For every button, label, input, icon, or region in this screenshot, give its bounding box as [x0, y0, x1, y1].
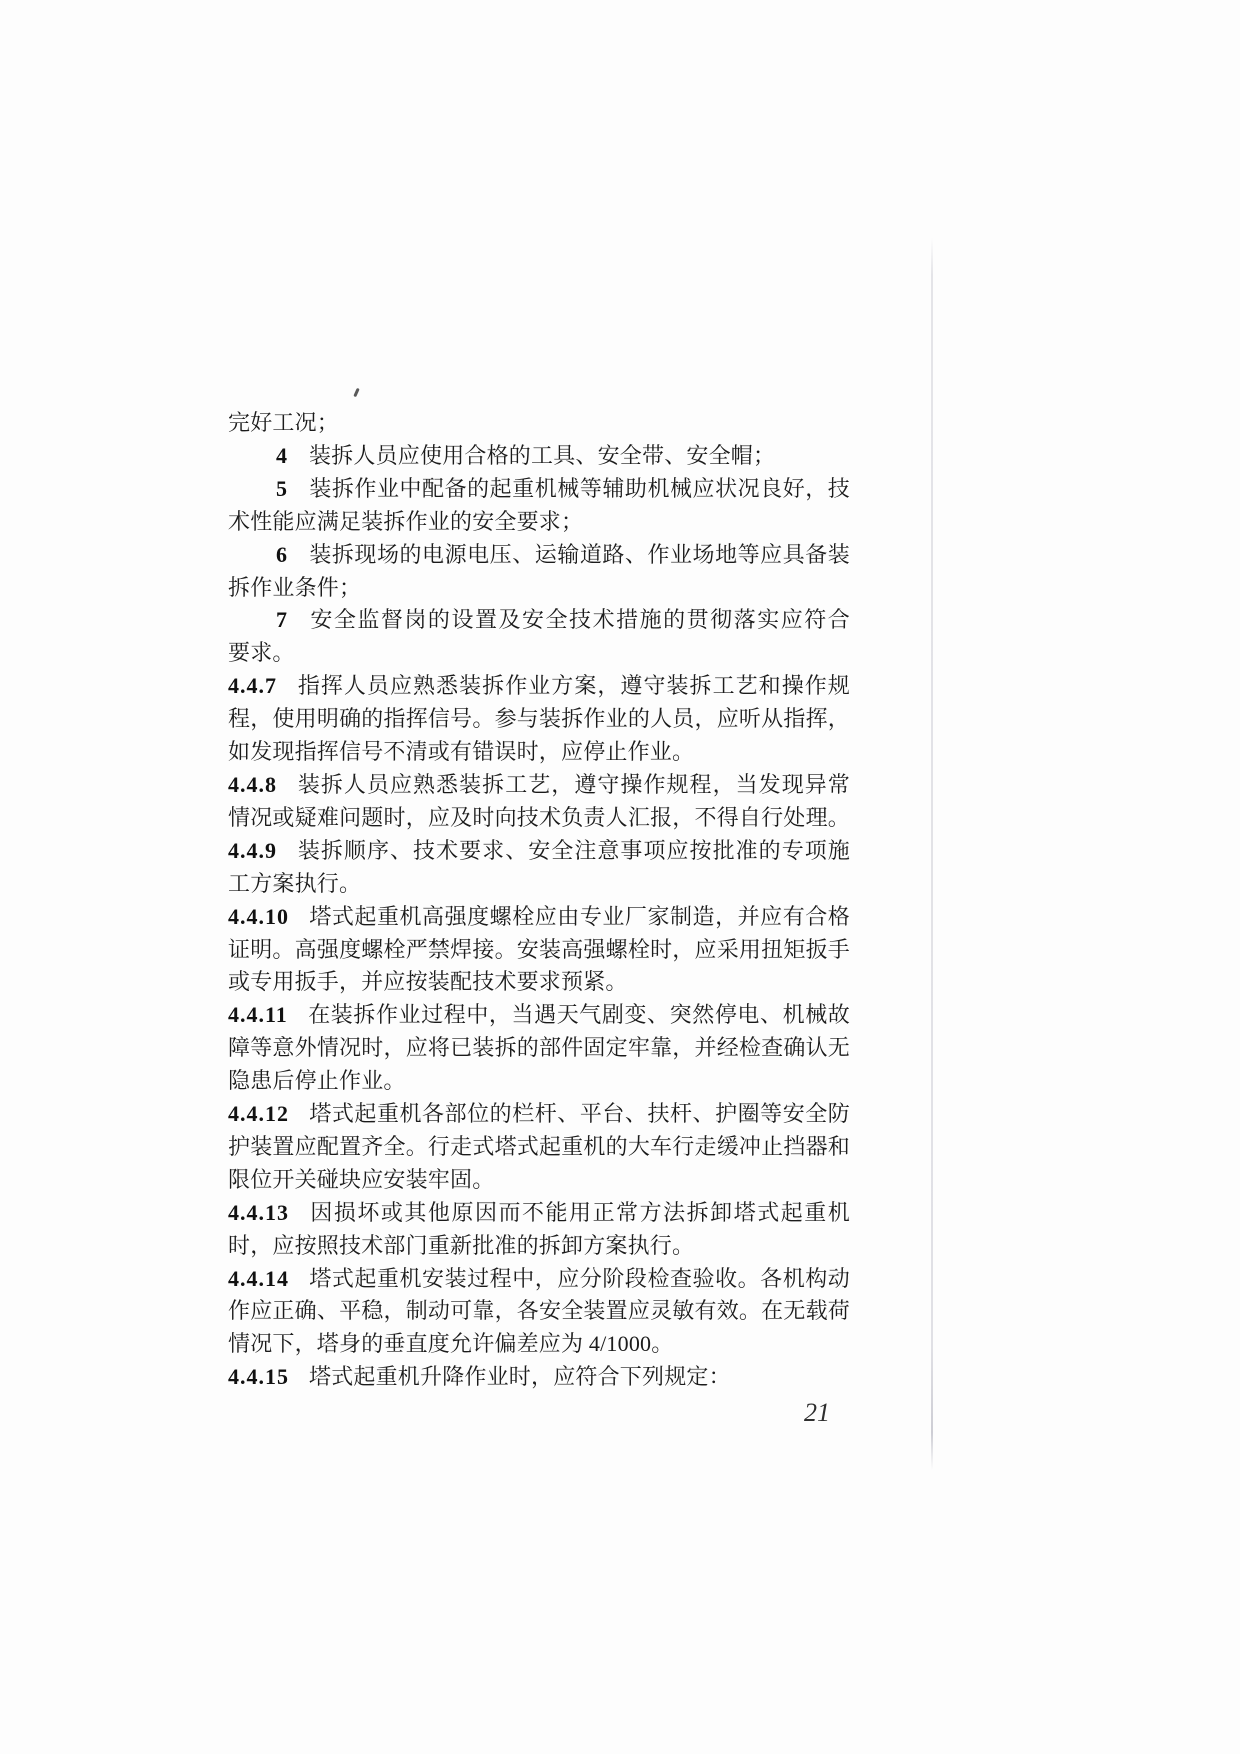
- text-line: 限位开关碰块应安装牢固。: [228, 1164, 850, 1197]
- line-text: 完好工况；: [228, 410, 339, 435]
- text-line: 4.4.12塔式起重机各部位的栏杆、平台、扶杆、护圈等安全防: [228, 1098, 850, 1131]
- line-text: 塔式起重机升降作业时，应符合下列规定：: [309, 1364, 731, 1389]
- line-text: 情况下，塔身的垂直度允许偏差应为 4/1000。: [228, 1331, 673, 1356]
- line-text: 护装置应配置齐全。行走式塔式起重机的大车行走缓冲止挡器和: [228, 1134, 850, 1159]
- clause-number: 4.4.12: [228, 1101, 289, 1126]
- line-text: 情况或疑难问题时，应及时向技术负责人汇报，不得自行处理。: [228, 805, 850, 830]
- line-text: 指挥人员应熟悉装拆作业方案，遵守装拆工艺和操作规: [297, 673, 850, 698]
- line-text: 如发现指挥信号不清或有错误时，应停止作业。: [228, 739, 694, 764]
- clause-number: 4.4.8: [228, 772, 277, 797]
- line-text: 装拆顺序、技术要求、安全注意事项应按批准的专项施: [297, 838, 850, 863]
- text-line: 情况下，塔身的垂直度允许偏差应为 4/1000。: [228, 1328, 850, 1361]
- clause-number: 4.4.9: [228, 838, 277, 863]
- clause-number: 4.4.11: [228, 1002, 288, 1027]
- line-text: 程，使用明确的指挥信号。参与装拆作业的人员，应听从指挥，: [228, 706, 850, 731]
- text-line: 情况或疑难问题时，应及时向技术负责人汇报，不得自行处理。: [228, 802, 850, 835]
- text-line: 或专用扳手，并应按装配技术要求预紧。: [228, 966, 850, 999]
- item-number: 4: [276, 443, 287, 468]
- line-text: 装拆现场的电源电压、运输道路、作业场地等应具备装: [309, 542, 850, 567]
- page-number: 21: [804, 1398, 830, 1428]
- text-line: 4.4.9装拆顺序、技术要求、安全注意事项应按批准的专项施: [228, 835, 850, 868]
- text-line: 4装拆人员应使用合格的工具、安全带、安全帽；: [228, 440, 850, 473]
- line-text: 装拆人员应使用合格的工具、安全带、安全帽；: [309, 443, 775, 468]
- text-line: 要求。: [228, 637, 850, 670]
- line-text: 作应正确、平稳，制动可靠，各安全装置应灵敏有效。在无载荷: [228, 1298, 850, 1323]
- line-text: 限位开关碰块应安装牢固。: [228, 1167, 494, 1192]
- text-line: 6装拆现场的电源电压、运输道路、作业场地等应具备装: [228, 539, 850, 572]
- document-page: 完好工况；4装拆人员应使用合格的工具、安全带、安全帽；5装拆作业中配备的起重机械…: [0, 0, 1240, 1754]
- text-line: 完好工况；: [228, 407, 850, 440]
- text-line: 4.4.13因损坏或其他原因而不能用正常方法拆卸塔式起重机: [228, 1197, 850, 1230]
- line-text: 时，应按照技术部门重新批准的拆卸方案执行。: [228, 1233, 694, 1258]
- line-text: 安全监督岗的设置及安全技术措施的贯彻落实应符合: [309, 607, 850, 632]
- text-line: 护装置应配置齐全。行走式塔式起重机的大车行走缓冲止挡器和: [228, 1131, 850, 1164]
- line-text: 工方案执行。: [228, 871, 361, 896]
- line-text: 术性能应满足装拆作业的安全要求；: [228, 509, 583, 534]
- text-line: 程，使用明确的指挥信号。参与装拆作业的人员，应听从指挥，: [228, 703, 850, 736]
- text-line: 4.4.7指挥人员应熟悉装拆作业方案，遵守装拆工艺和操作规: [228, 670, 850, 703]
- item-number: 5: [276, 476, 287, 501]
- text-line: 4.4.14塔式起重机安装过程中，应分阶段检查验收。各机构动: [228, 1263, 850, 1296]
- text-line: 拆作业条件；: [228, 572, 850, 605]
- line-text: 装拆人员应熟悉装拆工艺，遵守操作规程，当发现异常: [297, 772, 850, 797]
- item-number: 7: [276, 607, 287, 632]
- text-line: 障等意外情况时，应将已装拆的部件固定牢靠，并经检查确认无: [228, 1032, 850, 1065]
- line-text: 障等意外情况时，应将已装拆的部件固定牢靠，并经检查确认无: [228, 1035, 850, 1060]
- text-line: 作应正确、平稳，制动可靠，各安全装置应灵敏有效。在无载荷: [228, 1295, 850, 1328]
- line-text: 证明。高强度螺栓严禁焊接。安装高强螺栓时，应采用扭矩扳手: [228, 937, 850, 962]
- text-line: 术性能应满足装拆作业的安全要求；: [228, 506, 850, 539]
- text-line: 时，应按照技术部门重新批准的拆卸方案执行。: [228, 1230, 850, 1263]
- line-text: 因损坏或其他原因而不能用正常方法拆卸塔式起重机: [309, 1200, 850, 1225]
- line-text: 或专用扳手，并应按装配技术要求预紧。: [228, 969, 628, 994]
- scan-speck-mark: [353, 388, 359, 397]
- line-text: 塔式起重机高强度螺栓应由专业厂家制造，并应有合格: [309, 904, 850, 929]
- text-line: 5装拆作业中配备的起重机械等辅助机械应状况良好，技: [228, 473, 850, 506]
- item-number: 6: [276, 542, 287, 567]
- line-text: 塔式起重机各部位的栏杆、平台、扶杆、护圈等安全防: [309, 1101, 850, 1126]
- scan-edge-line: [931, 238, 933, 1470]
- line-text: 装拆作业中配备的起重机械等辅助机械应状况良好，技: [309, 476, 850, 501]
- text-line: 7安全监督岗的设置及安全技术措施的贯彻落实应符合: [228, 604, 850, 637]
- text-line: 4.4.10塔式起重机高强度螺栓应由专业厂家制造，并应有合格: [228, 901, 850, 934]
- text-line: 证明。高强度螺栓严禁焊接。安装高强螺栓时，应采用扭矩扳手: [228, 934, 850, 967]
- line-text: 拆作业条件；: [228, 575, 361, 600]
- clause-number: 4.4.15: [228, 1364, 289, 1389]
- line-text: 塔式起重机安装过程中，应分阶段检查验收。各机构动: [309, 1266, 850, 1291]
- clause-number: 4.4.7: [228, 673, 277, 698]
- body-text: 完好工况；4装拆人员应使用合格的工具、安全带、安全帽；5装拆作业中配备的起重机械…: [228, 407, 850, 1394]
- text-line: 隐患后停止作业。: [228, 1065, 850, 1098]
- line-text: 隐患后停止作业。: [228, 1068, 406, 1093]
- text-line: 4.4.8装拆人员应熟悉装拆工艺，遵守操作规程，当发现异常: [228, 769, 850, 802]
- clause-number: 4.4.10: [228, 904, 289, 929]
- line-text: 要求。: [228, 640, 295, 665]
- text-line: 4.4.15塔式起重机升降作业时，应符合下列规定：: [228, 1361, 850, 1394]
- text-line: 工方案执行。: [228, 868, 850, 901]
- line-text: 在装拆作业过程中，当遇天气剧变、突然停电、机械故: [308, 1002, 850, 1027]
- clause-number: 4.4.13: [228, 1200, 289, 1225]
- clause-number: 4.4.14: [228, 1266, 289, 1291]
- text-line: 如发现指挥信号不清或有错误时，应停止作业。: [228, 736, 850, 769]
- text-line: 4.4.11在装拆作业过程中，当遇天气剧变、突然停电、机械故: [228, 999, 850, 1032]
